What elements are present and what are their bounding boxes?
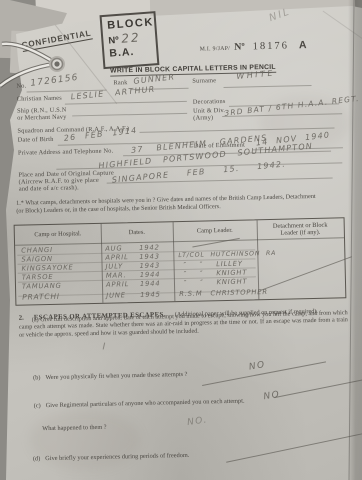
- table-header-leader: Camp Leader.: [173, 226, 257, 235]
- question-c-label: (c): [34, 402, 41, 409]
- decorations-label: Decorations: [193, 98, 226, 106]
- leader-cell: LT/COL HUTCHINSON RA: [178, 250, 276, 259]
- date-year-cell: 1942: [139, 243, 160, 251]
- camp-table: Camp or Hospital. Dates. Camp Leader. De…: [14, 217, 347, 305]
- ship-line: [72, 113, 187, 117]
- date-year-cell: 1943: [139, 252, 160, 260]
- answer-c2: NO.: [187, 415, 209, 428]
- question-b-label: (b): [33, 374, 41, 381]
- table-header-dates: Dates.: [101, 228, 173, 237]
- leader-cell: R.S.M CHRISTOPHER: [179, 288, 268, 298]
- mi9-dept: M.I. 9/JAP/: [200, 46, 231, 53]
- question-c2: What happened to them ?: [42, 424, 106, 432]
- date-year-cell: 1945: [140, 290, 161, 298]
- date-month-cell: AUG: [105, 244, 122, 252]
- table-header-rule: [15, 237, 344, 245]
- unit-div-label-2: (Army): [193, 114, 213, 121]
- mi9-series: A: [299, 39, 307, 51]
- grommet-hole: [54, 61, 59, 66]
- leader-cell: ″ ″ KNIGHT: [184, 278, 248, 287]
- date-year-cell: 1944: [140, 270, 161, 278]
- address-label: Private Address and Telephone No.: [18, 148, 114, 157]
- date-month-cell: APRIL: [105, 253, 128, 262]
- camp-cell: TAMUANG: [22, 282, 62, 291]
- string-shadow: [0, 64, 57, 86]
- ship-label-2: or Merchant Navy: [17, 114, 67, 122]
- reference-number-stamp: M.I. 9/JAP/Nº18176A: [199, 35, 306, 55]
- question-a: (a) Give full description and approx. da…: [19, 303, 349, 339]
- leader-cell: ″ ″ KNIGHT: [184, 269, 248, 278]
- pencil-note: NIL: [268, 6, 292, 24]
- capture-label-3: and date of a/c crash).: [19, 184, 79, 192]
- camp-cell: SAIGON: [21, 255, 53, 264]
- camp-cell: KINGSAYOKE: [22, 263, 74, 272]
- document-photo: CONFIDENTIAL BLOCK Nº 22 B.A. M.I. 9/JAP…: [0, 0, 362, 480]
- date-month-cell: JUNE: [106, 291, 126, 299]
- pencil-tick: [103, 343, 107, 350]
- date-month-cell: MAR.: [106, 271, 127, 279]
- mi9-number: 18176: [253, 41, 289, 53]
- date-month-cell: APRIL: [106, 280, 129, 289]
- date-year-cell: 1943: [139, 261, 160, 269]
- date-month-cell: JULY: [105, 262, 123, 270]
- question-b: (b)Were you physically fit when you made…: [33, 371, 187, 382]
- answer-b: NO: [248, 360, 266, 373]
- surname-label: Surname: [192, 77, 216, 85]
- string-shadow: [2, 44, 57, 64]
- leader-cell: ″ ″ LILLEY: [183, 260, 242, 269]
- question-a-label: (a): [32, 316, 39, 323]
- camp-cell: CHANGI: [21, 246, 53, 255]
- date-year-cell: 1944: [140, 279, 161, 287]
- surname-line: [224, 85, 312, 88]
- mi9-no-label: Nº: [234, 42, 245, 53]
- pencil-strike-d: [226, 433, 362, 463]
- camp-cell: TARSOE: [22, 273, 54, 282]
- date-of-birth-label: Date of Birth: [18, 136, 54, 144]
- camp-cell: PRATCHI: [22, 292, 60, 302]
- table-header-camp: Camp or Hospital.: [15, 230, 101, 239]
- question-d: (d)Give briefly your experiences during …: [33, 452, 190, 463]
- table-header-detachment: Detachment or BlockLeader (if any).: [257, 221, 344, 237]
- binding-string-graphic: [0, 28, 135, 103]
- question-c: (c)Give Regimental particulars of anyone…: [34, 398, 245, 410]
- question-d-label: (d): [33, 455, 41, 462]
